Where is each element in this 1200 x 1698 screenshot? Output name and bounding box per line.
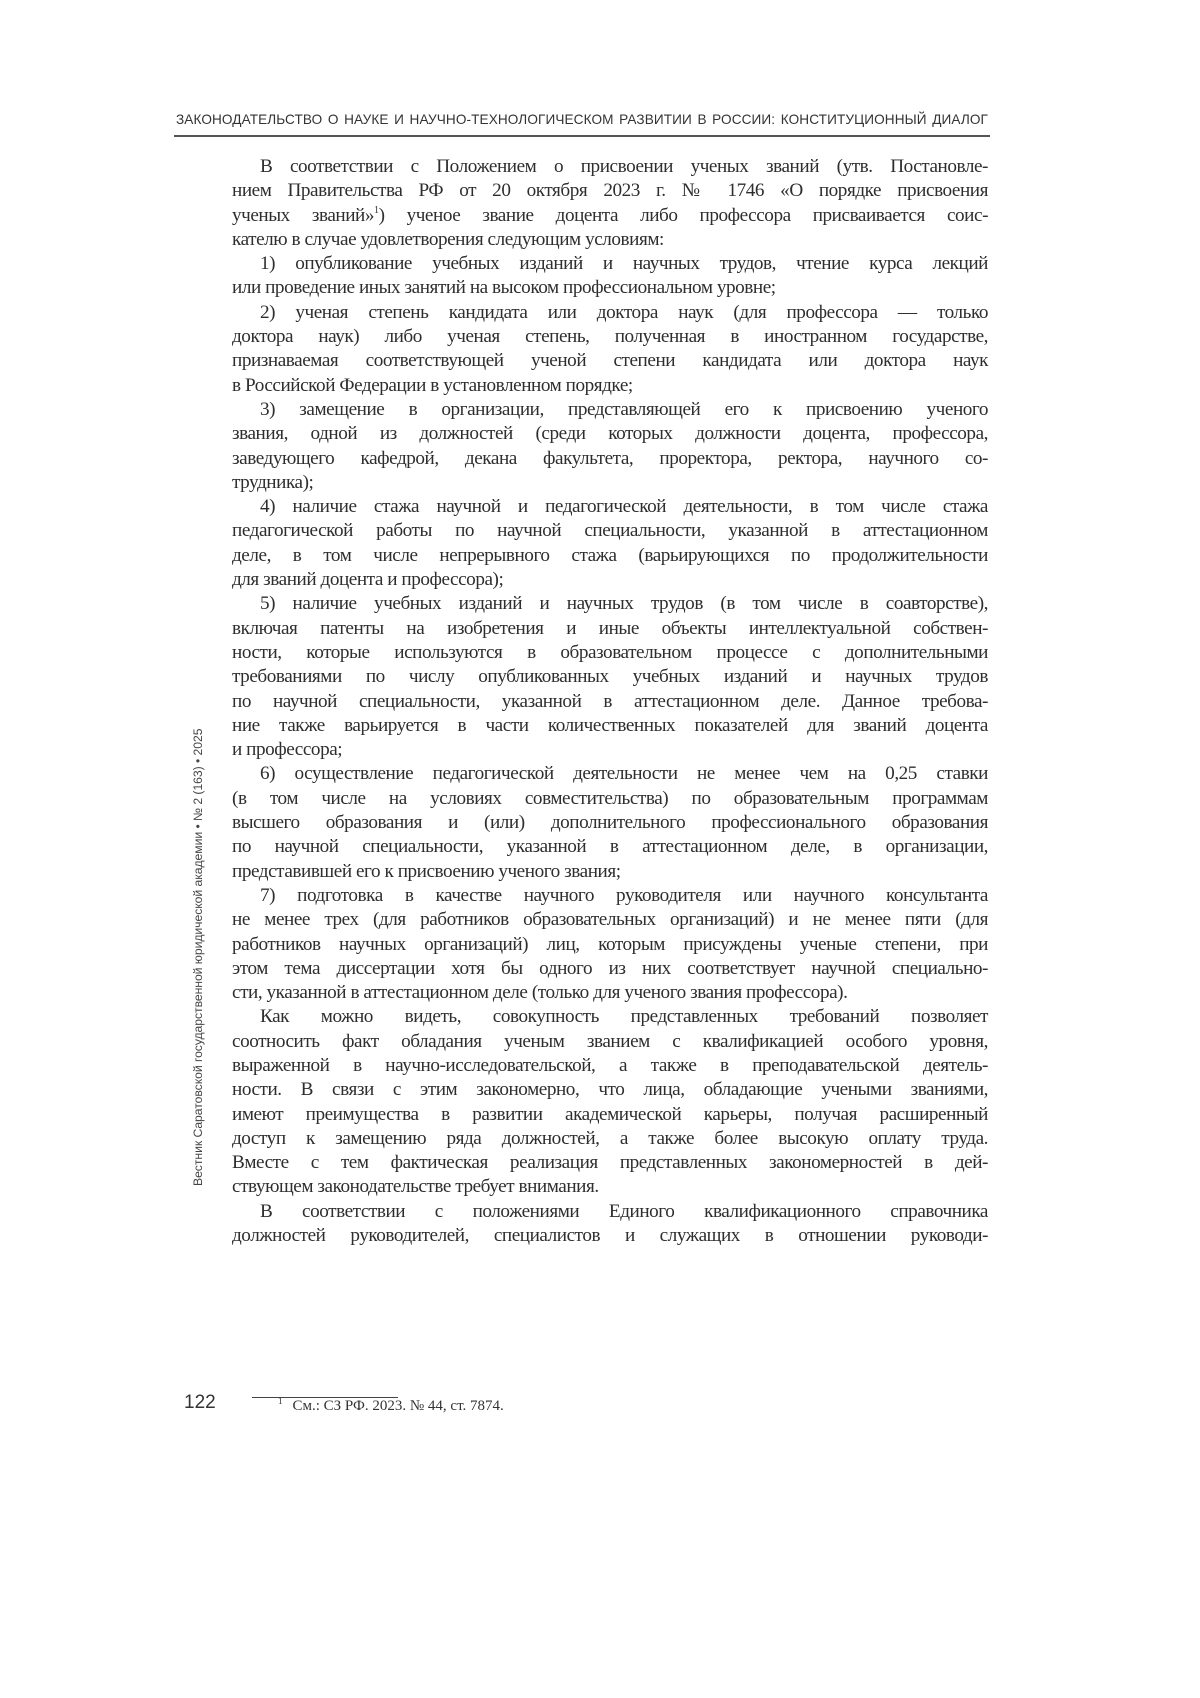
text-line: ности. В связи с этим закономерно, что л… <box>232 1078 988 1102</box>
text-line: заведующего кафедрой, декана факультета,… <box>232 447 988 471</box>
text-line: выраженной в научно-исследовательской, а… <box>232 1054 988 1078</box>
text-line: или проведение иных занятий на высоком п… <box>232 276 988 300</box>
text-line: работников научных организаций) лиц, кот… <box>232 933 988 957</box>
text-line: и профессора; <box>232 738 988 762</box>
text-line: должностей руководителей, специалистов и… <box>232 1224 988 1248</box>
text-line: 7) подготовка в качестве научного руково… <box>232 884 988 908</box>
text-line: Вместе с тем фактическая реализация пред… <box>232 1151 988 1175</box>
page-number: 122 <box>184 1392 216 1414</box>
text-line: ученых званий»1) ученое звание доцента л… <box>232 204 988 228</box>
text-line: кателю в случае удовлетворения следующим… <box>232 228 988 252</box>
text-line: 3) замещение в организации, представляющ… <box>232 398 988 422</box>
text-line: имеют преимущества в развитии академичес… <box>232 1103 988 1127</box>
text-line: деле, в том числе непрерывного стажа (ва… <box>232 544 988 568</box>
text-line: соотносить факт обладания ученым званием… <box>232 1030 988 1054</box>
footnote-1: 1См.: СЗ РФ. 2023. № 44, ст. 7874. <box>278 1396 504 1415</box>
text-line: 4) наличие стажа научной и педагогическо… <box>232 495 988 519</box>
text-line: ние также варьируется в части количестве… <box>232 714 988 738</box>
text-line: педагогической работы по научной специал… <box>232 519 988 543</box>
text-line: не менее трех (для работников образовате… <box>232 908 988 932</box>
text-line: требованиями по числу опубликованных уче… <box>232 665 988 689</box>
text-line: Как можно видеть, совокупность представл… <box>232 1005 988 1029</box>
text-line: высшего образования и (или) дополнительн… <box>232 811 988 835</box>
article-body: В соответствии с Положением о присвоении… <box>232 155 988 1248</box>
text-line: 5) наличие учебных изданий и научных тру… <box>232 592 988 616</box>
text-line: нием Правительства РФ от 20 октября 2023… <box>232 179 988 203</box>
text-line: ности, которые используются в образовате… <box>232 641 988 665</box>
text-line: 2) ученая степень кандидата или доктора … <box>232 301 988 325</box>
text-line: доступ к замещению ряда должностей, а та… <box>232 1127 988 1151</box>
footnote-text: См.: СЗ РФ. 2023. № 44, ст. 7874. <box>293 1398 504 1414</box>
text-line: 1) опубликование учебных изданий и научн… <box>232 252 988 276</box>
journal-side-label: Вестник Саратовской государственной юрид… <box>191 729 205 1186</box>
running-head-title: ЗАКОНОДАТЕЛЬСТВО О НАУКЕ И НАУЧНО-ТЕХНОЛ… <box>176 112 988 127</box>
text-line: по научной специальности, указанной в ат… <box>232 690 988 714</box>
text-line: для званий доцента и профессора); <box>232 568 988 592</box>
text-line: ствующем законодательстве требует вниман… <box>232 1175 988 1199</box>
text-line: трудника); <box>232 471 988 495</box>
text-line: сти, указанной в аттестационном деле (то… <box>232 981 988 1005</box>
text-line: доктора наук) либо ученая степень, получ… <box>232 325 988 349</box>
text-line: включая патенты на изобретения и иные об… <box>232 617 988 641</box>
text-line: представившей его к присвоению ученого з… <box>232 860 988 884</box>
text-fragment: ) ученое звание доцента либо профессора … <box>379 205 988 226</box>
text-line: (в том числе на условиях совместительств… <box>232 787 988 811</box>
text-fragment: ученых званий» <box>232 205 374 226</box>
text-line: по научной специальности, указанной в ат… <box>232 835 988 859</box>
header-divider <box>174 135 990 137</box>
text-line: В соответствии с положениями Единого ква… <box>232 1200 988 1224</box>
footnote-mark: 1 <box>278 1396 283 1406</box>
text-line: 6) осуществление педагогической деятельн… <box>232 762 988 786</box>
text-line: признаваемая соответствующей ученой степ… <box>232 349 988 373</box>
text-line: этом тема диссертации хотя бы одного из … <box>232 957 988 981</box>
text-line: звания, одной из должностей (среди котор… <box>232 422 988 446</box>
text-line: в Российской Федерации в установленном п… <box>232 374 988 398</box>
text-line: В соответствии с Положением о присвоении… <box>232 155 988 179</box>
